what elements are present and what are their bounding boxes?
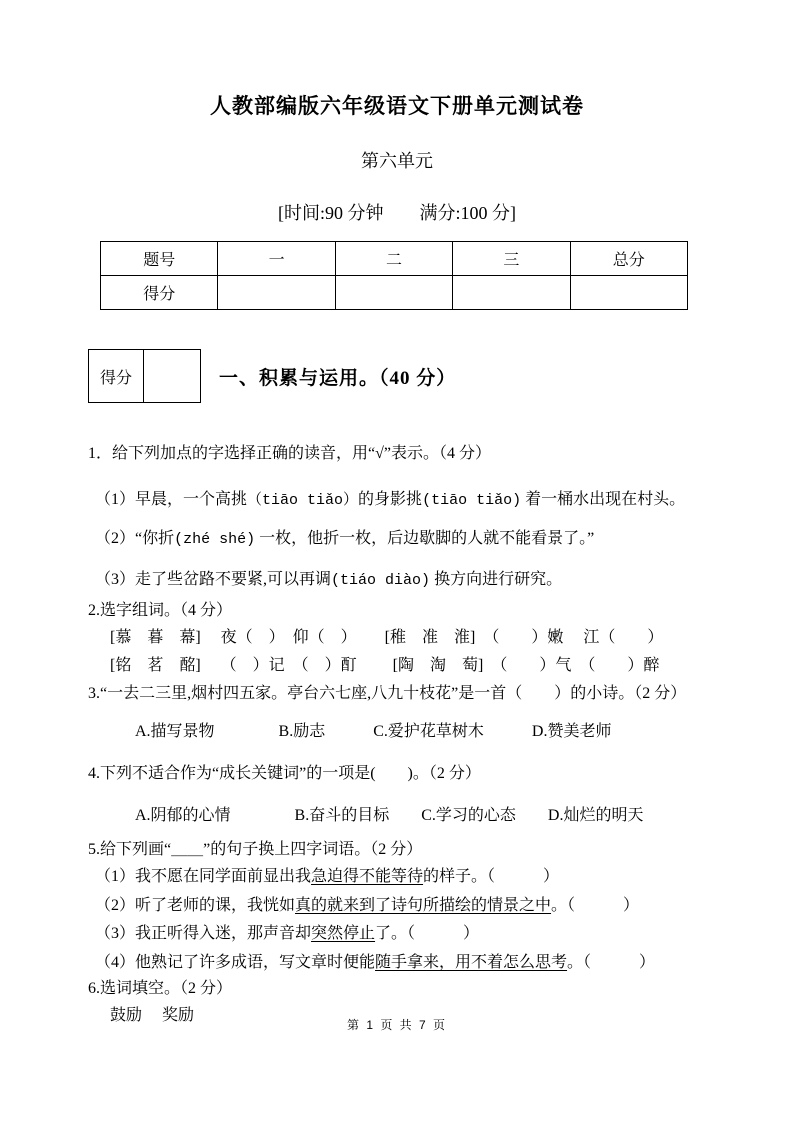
- question-4-options: A.阴郁的心情 B.奋斗的目标 C.学习的心态 D.灿烂的明天: [135, 805, 706, 827]
- score-row-label: 得分: [101, 276, 218, 310]
- question-1-item-1: （1）早晨，一个高挑（tiāo tiǎo）的身影挑(tiāo tiǎo) 着一桶…: [95, 489, 706, 512]
- question-3-label: 3.“一去二三里,烟村四五家。亭台六七座,八九十枝花”是一首（ ）的小诗。（2 …: [88, 683, 706, 705]
- question-2-row-1: [慕 暮 幕] 夜（ ） 仰（ ） [稚 准 淮] （ ）嫩 江（ ）: [110, 627, 706, 649]
- item-text: 。（ ）: [551, 897, 639, 914]
- underlined-phrase: 突然停止: [311, 925, 375, 942]
- score-table-score-row: 得分: [101, 276, 688, 310]
- question-2-row-2: [铭 茗 酩] （ ）记 （ ）酊 [陶 淘 萄] （ ）气 （ ）醉: [110, 655, 706, 677]
- score-table-header-part-2: 二: [335, 242, 452, 276]
- item-text: “你折: [135, 530, 174, 547]
- question-5-item-1: （1）我不愿在同学面前显出我急迫得不能等待的样子。（ ）: [95, 866, 706, 888]
- question-5-item-3: （3）我正听得入迷，那声音却突然停止了。（ ）: [95, 923, 706, 945]
- item-text: 早晨，一个高挑: [135, 491, 247, 508]
- score-table-header-question: 题号: [101, 242, 218, 276]
- item-number: （2）: [95, 897, 135, 914]
- item-text: 。（ ）: [567, 954, 655, 971]
- underlined-phrase: 真的就来到了诗句所描绘的情景之中: [295, 897, 551, 914]
- item-text: 的样子。（ ）: [423, 868, 559, 885]
- page-title: 人教部编版六年级语文下册单元测试卷: [88, 90, 706, 120]
- question-6-label: 6.选词填空。（2 分）: [88, 978, 706, 1000]
- score-table-header-total: 总分: [570, 242, 687, 276]
- item-text: 走了些岔路不要紧,可以再调: [135, 571, 331, 588]
- item-text: 我正听得入迷，那声音却: [135, 925, 311, 942]
- unit-subtitle: 第六单元: [88, 147, 706, 173]
- pinyin-choice: (tiáo diào): [331, 572, 430, 589]
- item-number: （3）: [95, 571, 135, 588]
- item-text: 我不愿在同学面前显出我: [135, 868, 311, 885]
- item-number: （2）: [95, 530, 135, 547]
- pinyin-choice: (tiāo tiǎo): [422, 492, 521, 509]
- score-cell-empty-3: [453, 276, 570, 310]
- score-table-header-row: 题号 一 二 三 总分: [101, 242, 688, 276]
- time-score-line: [时间:90 分钟 满分:100 分]: [88, 199, 706, 225]
- section-score-box: 得分: [88, 349, 201, 403]
- score-box-label: 得分: [89, 350, 144, 403]
- item-text: 着一桶水出现在村头。: [521, 491, 685, 508]
- pinyin-choice: （tiāo tiǎo）: [247, 492, 358, 509]
- item-number: （3）: [95, 925, 135, 942]
- item-number: （1）: [95, 491, 135, 508]
- score-cell-empty-1: [218, 276, 335, 310]
- score-cell-empty-total: [570, 276, 687, 310]
- pinyin-choice: (zhé shé): [174, 531, 255, 548]
- item-text: 了。（ ）: [375, 925, 479, 942]
- test-paper-page: 人教部编版六年级语文下册单元测试卷 第六单元 [时间:90 分钟 满分:100 …: [0, 0, 794, 1123]
- question-1-item-3: （3）走了些岔路不要紧,可以再调(tiáo diào) 换方向进行研究。: [95, 569, 706, 592]
- score-summary-table: 题号 一 二 三 总分 得分: [100, 241, 688, 310]
- question-2-label: 2.选字组词。（4 分）: [88, 600, 706, 622]
- section-1-header: 得分 一、积累与运用。（40 分）: [88, 349, 706, 403]
- underlined-phrase: 急迫得不能等待: [311, 868, 423, 885]
- question-1-label: 1．给下列加点的字选择正确的读音，用“√”表示。（4 分）: [88, 443, 706, 465]
- question-4-label: 4.下列不适合作为“成长关键词”的一项是( )。（2 分）: [88, 763, 706, 785]
- item-number: （1）: [95, 868, 135, 885]
- item-text: 一枚，他折一枚，后边歇脚的人就不能看景了。”: [255, 530, 594, 547]
- score-cell-empty-2: [335, 276, 452, 310]
- question-5-label: 5.给下列画“＿＿”的句子换上四字词语。（2 分）: [88, 839, 706, 861]
- item-text: 的身影挑: [358, 491, 422, 508]
- page-footer: 第 1 页 共 7 页: [0, 1016, 794, 1033]
- item-text: 听了老师的课，我恍如: [135, 897, 295, 914]
- score-table-header-part-1: 一: [218, 242, 335, 276]
- question-3-options: A.描写景物 B.励志 C.爱护花草树木 D.赞美老师: [135, 721, 706, 743]
- underlined-phrase: 随手拿来，用不着怎么思考: [375, 954, 567, 971]
- question-5-item-4: （4）他熟记了许多成语，写文章时便能随手拿来，用不着怎么思考。（ ）: [95, 952, 706, 974]
- item-text: 换方向进行研究。: [430, 571, 562, 588]
- score-box-empty-cell: [144, 350, 201, 403]
- item-number: （4）: [95, 954, 135, 971]
- score-table-header-part-3: 三: [453, 242, 570, 276]
- question-1-item-2: （2）“你折(zhé shé) 一枚，他折一枚，后边歇脚的人就不能看景了。”: [95, 528, 706, 551]
- item-text: 他熟记了许多成语，写文章时便能: [135, 954, 375, 971]
- question-5-item-2: （2）听了老师的课，我恍如真的就来到了诗句所描绘的情景之中。（ ）: [95, 895, 706, 917]
- section-1-title: 一、积累与运用。（40 分）: [219, 363, 456, 390]
